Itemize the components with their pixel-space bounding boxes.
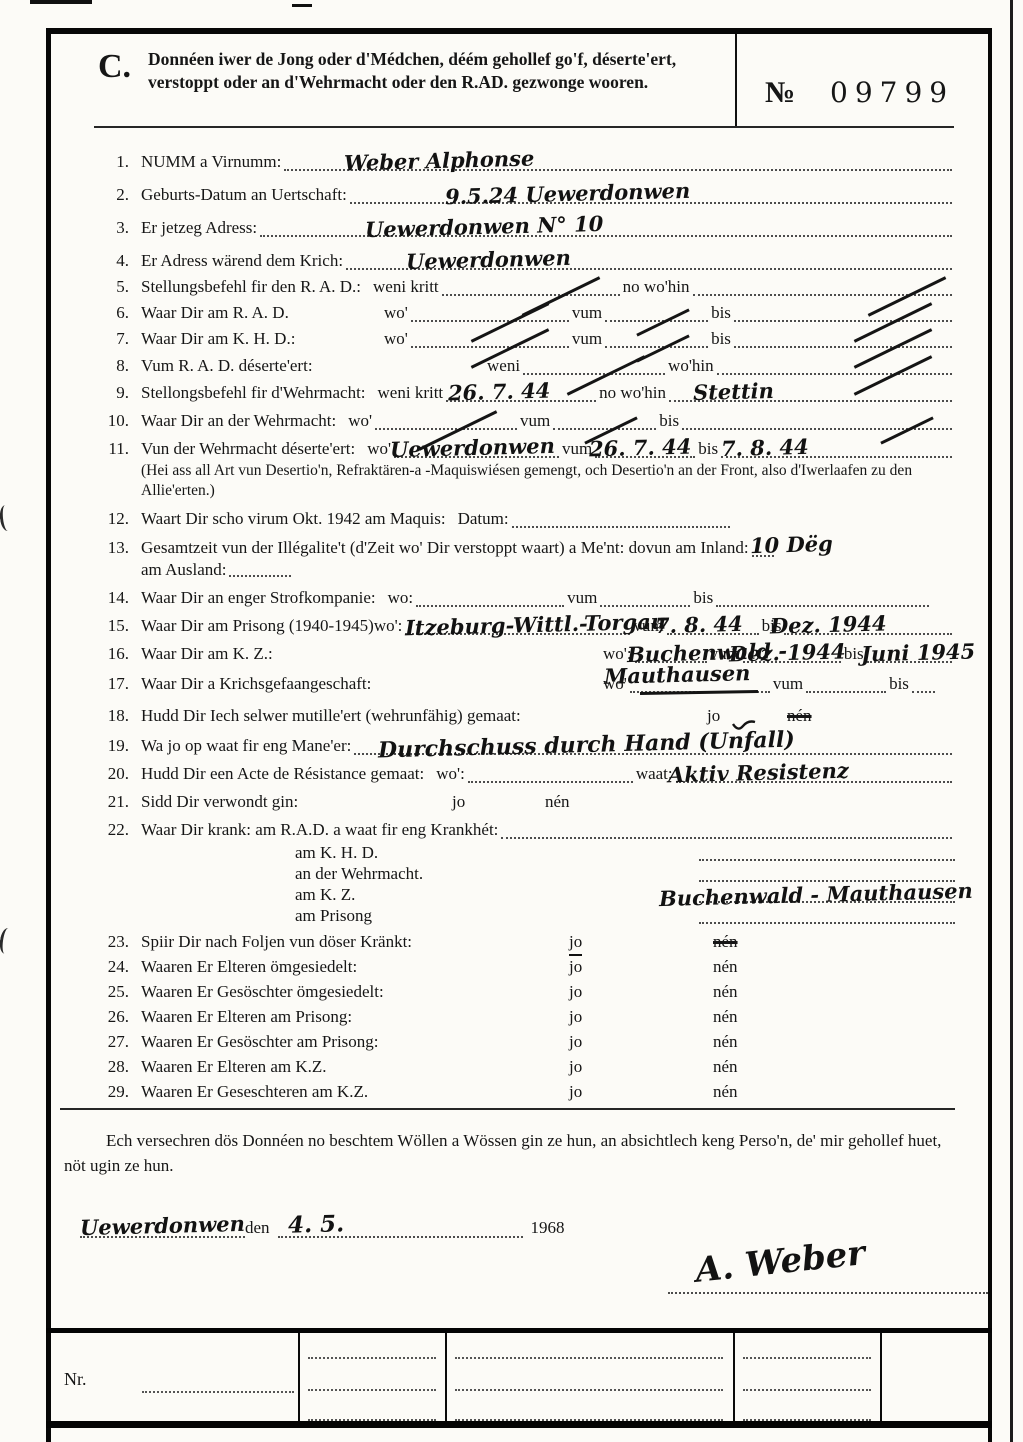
option-nen: nén (713, 979, 738, 1004)
scan-artifact (292, 4, 312, 7)
handwritten-answer: 26. 7. 44 (589, 435, 692, 462)
handwritten-place: Uewerdonwen (80, 1211, 245, 1240)
blank-field: Uewerdonwen (394, 441, 559, 458)
item-number: 14. (99, 586, 141, 610)
field-label: bis (711, 327, 731, 351)
form-item-22-sub4: am Prisong (99, 905, 955, 926)
item-number: 21. (99, 790, 141, 814)
form-item-22: 22. Waar Dir krank: am R.A.D. a waat fir… (99, 818, 955, 842)
option-nen: nén (713, 1029, 738, 1054)
field-label: an der Wehrmacht. (295, 863, 423, 884)
blank-field (699, 908, 955, 924)
field-label: am Ausland: (141, 560, 226, 580)
blank-field: Itzeburg-Wittl.-Torgau (405, 618, 630, 635)
item-label: Waar Dir an enger Strofkompanie: (141, 586, 376, 610)
den-label: den (245, 1218, 270, 1238)
item-label: Stellungsbefehl fir den R. A. D.: (141, 275, 361, 299)
item-label: NUMM a Virnumm: (141, 150, 281, 174)
item-number: 10. (99, 409, 141, 433)
field-label: no wo'hin (623, 275, 690, 299)
item-number: 9. (99, 381, 141, 405)
form-title: Donnéen iwer de Jong oder d'Médchen, déé… (148, 48, 713, 95)
blank-field (308, 1357, 436, 1359)
blank-field (308, 1419, 436, 1421)
item-number: 6. (99, 301, 141, 325)
item-number: 12. (99, 507, 141, 531)
header-divider (735, 34, 737, 128)
field-label: Datum: (458, 507, 509, 531)
form-item-26: 26. Waaren Er Elteren am Prisong: jo nén (99, 1004, 955, 1029)
item-number: 4. (99, 249, 141, 273)
item-label: Waaren Er Elteren am K.Z. (141, 1054, 327, 1079)
handwritten-underline (640, 690, 758, 695)
blank-field: Stettin (669, 385, 952, 402)
scan-artifact (0, 927, 15, 955)
blank-field (416, 590, 564, 607)
blank-field (600, 590, 690, 607)
form-item-23: 23. Spiir Dir nach Foljen vun döser Krän… (99, 929, 955, 954)
item-label: Waaren Er Geseschteren am K.Z. (141, 1079, 368, 1104)
option-jo: jo (707, 704, 720, 728)
field-label: wo': (436, 762, 465, 786)
blank-field (455, 1357, 723, 1359)
option-nen: nén (545, 790, 570, 814)
form-item-28: 28. Waaren Er Elteren am K.Z. jo nén (99, 1054, 955, 1079)
field-label: am Prisong (295, 905, 372, 926)
item-label: Geburts-Datum an Uertschaft: (141, 183, 347, 207)
header-rule (94, 126, 954, 128)
item-label: Waaren Er Elteren am Prisong: (141, 1004, 352, 1029)
option-nen: nén (713, 1054, 738, 1079)
item-label: Waar Dir am K. H. D.: (141, 327, 384, 351)
blank-field (693, 279, 953, 296)
blank-field (512, 511, 730, 528)
blank-field (912, 676, 935, 693)
handwritten-answer: 7. 8. 44 (721, 435, 809, 461)
field-label: wo' (384, 327, 408, 351)
form-item-18: 18. Hudd Dir Iech selwer mutille'ert (we… (99, 704, 955, 728)
item-label: Hudd Dir Iech selwer mutille'ert (wehrun… (141, 704, 521, 728)
item-number: 15. (99, 614, 141, 638)
form-item-7: 7. Waar Dir am K. H. D.: wo' vum bis (99, 327, 955, 351)
field-label: wo: (388, 586, 414, 610)
handwritten-answer: Dez. 1944 (770, 611, 887, 638)
blank-field: Juni 1945 (867, 646, 952, 663)
blank-field (229, 560, 291, 577)
field-label: bis (659, 409, 679, 433)
item-number: 8. (99, 354, 141, 378)
table-divider (880, 1333, 882, 1421)
item-number: 24. (99, 954, 141, 979)
date-line: Uewerdonwen den 4. 5. 1968 (80, 1218, 700, 1238)
form-serial-number: 09799 (830, 76, 954, 109)
item-number: 28. (99, 1054, 141, 1079)
blank-field: 9.5.24 Uewerdonwen (350, 187, 952, 204)
blank-field: Weber Alphonse (284, 154, 952, 171)
handwritten-answer: 10 Dëg (749, 532, 832, 558)
field-label: am K. Z. (295, 884, 355, 905)
year-label: 1968 (531, 1218, 565, 1238)
blank-field (717, 358, 952, 375)
option-jo: jo (569, 1054, 582, 1079)
item-label: Hudd Dir een Acte de Résistance gemaat: (141, 762, 424, 786)
item-number: 27. (99, 1029, 141, 1054)
blank-field: Uewerdonwen (346, 253, 952, 270)
handwritten-answer: 7. 8. 44 (654, 612, 742, 638)
blank-field: Buchenwald - Mauthausen (699, 887, 955, 903)
blank-field: 7. 8. 44 (667, 618, 759, 635)
item-label: Waar Dir a Krichsgefaangeschaft: (141, 672, 603, 696)
blank-field: Dez. 1944 (784, 618, 952, 635)
signature-line (668, 1278, 988, 1294)
form-item-6: 6. Waar Dir am R. A. D. wo' vum bis (99, 301, 955, 325)
handwritten-answer: Uewerdonwen (390, 434, 555, 462)
item-number: 3. (99, 216, 141, 240)
handwritten-answer: Itzeburg-Wittl.-Torgau (405, 610, 667, 641)
item-number: 18. (99, 704, 141, 728)
form-item-9: 9. Stellongsbefehl fir d'Wehrmacht: weni… (99, 381, 955, 405)
table-divider (733, 1333, 735, 1421)
field-label: bis (698, 437, 718, 461)
scan-artifact (0, 504, 14, 531)
field-label: wo' (384, 301, 408, 325)
blank-field (743, 1357, 871, 1359)
blank-field (605, 305, 708, 322)
item-number: 17. (99, 672, 141, 696)
form-item-22-sub3: am K. Z. Buchenwald - Mauthausen (99, 884, 955, 905)
handwritten-answer: 9.5.24 Uewerdonwen (445, 179, 691, 209)
item-number: 5. (99, 275, 141, 299)
form-item-27: 27. Waaren Er Gesöschter am Prisong: jo … (99, 1029, 955, 1054)
item-label: Waar Dir an der Wehrmacht: (141, 409, 336, 433)
item-number: 22. (99, 818, 141, 842)
field-label: vum (520, 409, 550, 433)
blank-field: 7. 8. 44 (721, 441, 952, 458)
option-nen: nén (713, 954, 738, 979)
item-number: 25. (99, 979, 141, 1004)
form-item-3: 3. Er jetzeg Adress: Uewerdonwen N° 10 (99, 216, 955, 240)
field-label: am K. H. D. (295, 842, 378, 863)
form-item-14: 14. Waar Dir an enger Strofkompanie: wo:… (99, 586, 955, 610)
option-nen: nén (713, 1079, 738, 1104)
form-item-1: 1. NUMM a Virnumm: Weber Alphonse (99, 150, 955, 174)
item-label: Vum R. A. D. déserte'ert: (141, 354, 487, 378)
form-item-12: 12. Waart Dir scho virum Okt. 1942 am Ma… (99, 507, 955, 531)
option-jo: jo (569, 1004, 582, 1029)
scan-artifact (30, 0, 92, 4)
item-number: 23. (99, 929, 141, 954)
form-body: 1. NUMM a Virnumm: Weber Alphonse 2. Geb… (99, 150, 955, 1104)
blank-field: Durchschuss durch Hand (Unfall) (354, 738, 952, 755)
item-number: 20. (99, 762, 141, 786)
blank-field (411, 305, 569, 322)
handwritten-answer: Juni 1945 (860, 640, 975, 667)
handwritten-answer: Aktiv Resistenz (667, 759, 848, 788)
item-label: Waar Dir krank: am R.A.D. a waat fir eng… (141, 818, 498, 842)
blank-field: 10 Dëg (752, 540, 774, 557)
form-item-15: 15. Waar Dir am Prisong (1940-1945) wo':… (99, 614, 955, 638)
field-label: wo' (348, 409, 372, 433)
handwritten-answer: Mauthausen (604, 661, 751, 689)
blank-field (455, 1389, 723, 1391)
item-label: Waar Dir am K. Z.: (141, 642, 603, 666)
blank-field (743, 1389, 871, 1391)
blank-field: 26. 7. 44 (446, 385, 596, 402)
item-label: Waar Dir am Prisong (1940-1945) (141, 614, 374, 638)
blank-field (743, 1419, 871, 1421)
field-label: no wo'hin (599, 381, 666, 405)
form-item-5: 5. Stellungsbefehl fir den R. A. D.: wen… (99, 275, 955, 299)
item-label: Er jetzeg Adress: (141, 216, 257, 240)
form-item-20: 20. Hudd Dir een Acte de Résistance gema… (99, 762, 955, 786)
option-nen-crossed: nén (787, 704, 812, 728)
option-nen-crossed: nén (713, 929, 738, 954)
item-label: Waaren Er Gesöschter am Prisong: (141, 1029, 379, 1054)
section-rule (60, 1108, 955, 1110)
form-item-2: 2. Geburts-Datum an Uertschaft: 9.5.24 U… (99, 183, 955, 207)
field-label: vum (773, 672, 803, 696)
handwritten-date: 4. 5. (287, 1210, 344, 1238)
bottom-table: Nr. (46, 1328, 992, 1428)
handwritten-answer: Uewerdonwen N° 10 (365, 212, 604, 242)
blank-field: 26. 7. 44 (595, 441, 695, 458)
blank-field (142, 1391, 294, 1393)
blank-field (455, 1419, 723, 1421)
field-label: weni kritt (373, 275, 439, 299)
item-label: Er Adress wärend dem Krich: (141, 249, 343, 273)
field-label: vum (572, 327, 602, 351)
item-number: 29. (99, 1079, 141, 1104)
handwritten-answer: Stettin (693, 379, 774, 405)
item-label: Waaren Er Gesöschter ömgesiedelt: (141, 979, 384, 1004)
field-label: vum (567, 586, 597, 610)
option-jo-underlined: jo (569, 929, 582, 956)
blank-field (734, 305, 952, 322)
blank-field (468, 766, 633, 783)
field-label: bis (889, 672, 909, 696)
form-item-4: 4. Er Adress wärend dem Krich: Uewerdonw… (99, 249, 955, 273)
blank-field (442, 279, 620, 296)
item-label: Wa jo op waat fir eng Mane'er: (141, 734, 351, 758)
form-item-25: 25. Waaren Er Gesöschter ömgesiedelt: jo… (99, 979, 955, 1004)
field-label: weni (487, 354, 520, 378)
option-jo: jo (452, 790, 465, 814)
option-jo: jo (569, 1029, 582, 1054)
blank-field (682, 413, 952, 430)
blank-field: Uewerdonwen (80, 1218, 245, 1238)
section-letter: C. (98, 50, 131, 84)
form-item-16: 16. Waar Dir am K. Z.: wo': Buchenwald -… (99, 642, 955, 666)
blank-field (501, 822, 952, 839)
item-label: Vun der Wehrmacht déserte'ert: (141, 437, 355, 461)
handwritten-answer: 26. 7. 44 (448, 379, 551, 406)
item-number: 1. (99, 150, 141, 174)
form-item-13b: am Ausland: (99, 560, 955, 580)
form-item-21: 21. Sidd Dir verwondt gin: jo nén (99, 790, 955, 814)
form-item-19: 19. Wa jo op waat fir eng Mane'er: Durch… (99, 734, 955, 758)
blank-field: Dez. 1944 (743, 646, 841, 663)
field-label: bis (693, 586, 713, 610)
declaration-text: Ech versechren dös Donnéen no beschtem W… (64, 1128, 957, 1178)
item-number: 26. (99, 1004, 141, 1029)
item-label: Gesamtzeit vun der Illégalite't (d'Zeit … (141, 536, 749, 560)
form-item-29: 29. Waaren Er Geseschteren am K.Z. jo né… (99, 1079, 955, 1104)
blank-field (523, 358, 665, 375)
item-number: 19. (99, 734, 141, 758)
blank-field (734, 331, 952, 348)
item-number: 7. (99, 327, 141, 351)
field-label: bis (711, 301, 731, 325)
blank-field (308, 1389, 436, 1391)
field-label: vum (562, 437, 592, 461)
form-item-13: 13. Gesamtzeit vun der Illégalite't (d'Z… (99, 536, 955, 560)
blank-field (605, 331, 708, 348)
table-divider (298, 1333, 300, 1421)
handwritten-answer: Uewerdonwen (406, 246, 571, 274)
field-label: wo' (367, 437, 391, 461)
blank-field (553, 413, 656, 430)
form-item-8: 8. Vum R. A. D. déserte'ert: weni wo'hin (99, 354, 955, 378)
field-label: wo': (374, 614, 403, 638)
item-label: Waaren Er Elteren ömgesiedelt: (141, 954, 357, 979)
form-item-24: 24. Waaren Er Elteren ömgesiedelt: jo né… (99, 954, 955, 979)
field-label: vum (572, 301, 602, 325)
item-label: Stellongsbefehl fir d'Wehrmacht: (141, 381, 366, 405)
scanned-form-page: C. Donnéen iwer de Jong oder d'Médchen, … (0, 0, 1023, 1442)
item-number: 13. (99, 536, 141, 560)
numero-sign: № (765, 76, 795, 110)
field-label: weni kritt (378, 381, 444, 405)
item-11-note: (Hei ass all Art vun Desertio'n, Refrakt… (99, 461, 955, 501)
scan-edge-line (1010, 0, 1013, 1442)
blank-field: Buchenwald - (635, 646, 707, 663)
option-jo: jo (569, 979, 582, 1004)
item-number: 11. (99, 437, 141, 461)
blank-field: Uewerdonwen N° 10 (260, 220, 952, 237)
table-divider (445, 1333, 447, 1421)
form-item-17: 17. Waar Dir a Krichsgefaangeschaft: wo'… (99, 672, 955, 696)
item-label: Waar Dir am R. A. D. (141, 301, 384, 325)
item-label: Spiir Dir nach Foljen vun döser Kränkt: (141, 929, 412, 954)
item-number: 16. (99, 642, 141, 666)
blank-field (716, 590, 929, 607)
form-item-22-sub1: am K. H. D. (99, 842, 955, 863)
form-item-11: 11. Vun der Wehrmacht déserte'ert: wo' U… (99, 437, 955, 461)
option-nen: nén (713, 1004, 738, 1029)
option-jo: jo (569, 954, 582, 979)
blank-field (375, 413, 517, 430)
field-label: wo'hin (668, 354, 714, 378)
blank-field (806, 676, 886, 693)
item-label: Sidd Dir verwondt gin: (141, 790, 298, 814)
form-item-10: 10. Waar Dir an der Wehrmacht: wo' vum b… (99, 409, 955, 433)
handwritten-answer: Weber Alphonse (344, 147, 535, 176)
option-jo: jo (569, 1079, 582, 1104)
blank-field: 4. 5. (278, 1218, 523, 1238)
blank-field (699, 845, 955, 861)
handwritten-answer: Durchschuss durch Hand (Unfall) (378, 728, 795, 763)
blank-field: Aktiv Resistenz (676, 766, 952, 783)
item-number: 2. (99, 183, 141, 207)
nr-label: Nr. (64, 1369, 87, 1390)
blank-field (411, 331, 569, 348)
item-label: Waart Dir scho virum Okt. 1942 am Maquis… (141, 507, 446, 531)
